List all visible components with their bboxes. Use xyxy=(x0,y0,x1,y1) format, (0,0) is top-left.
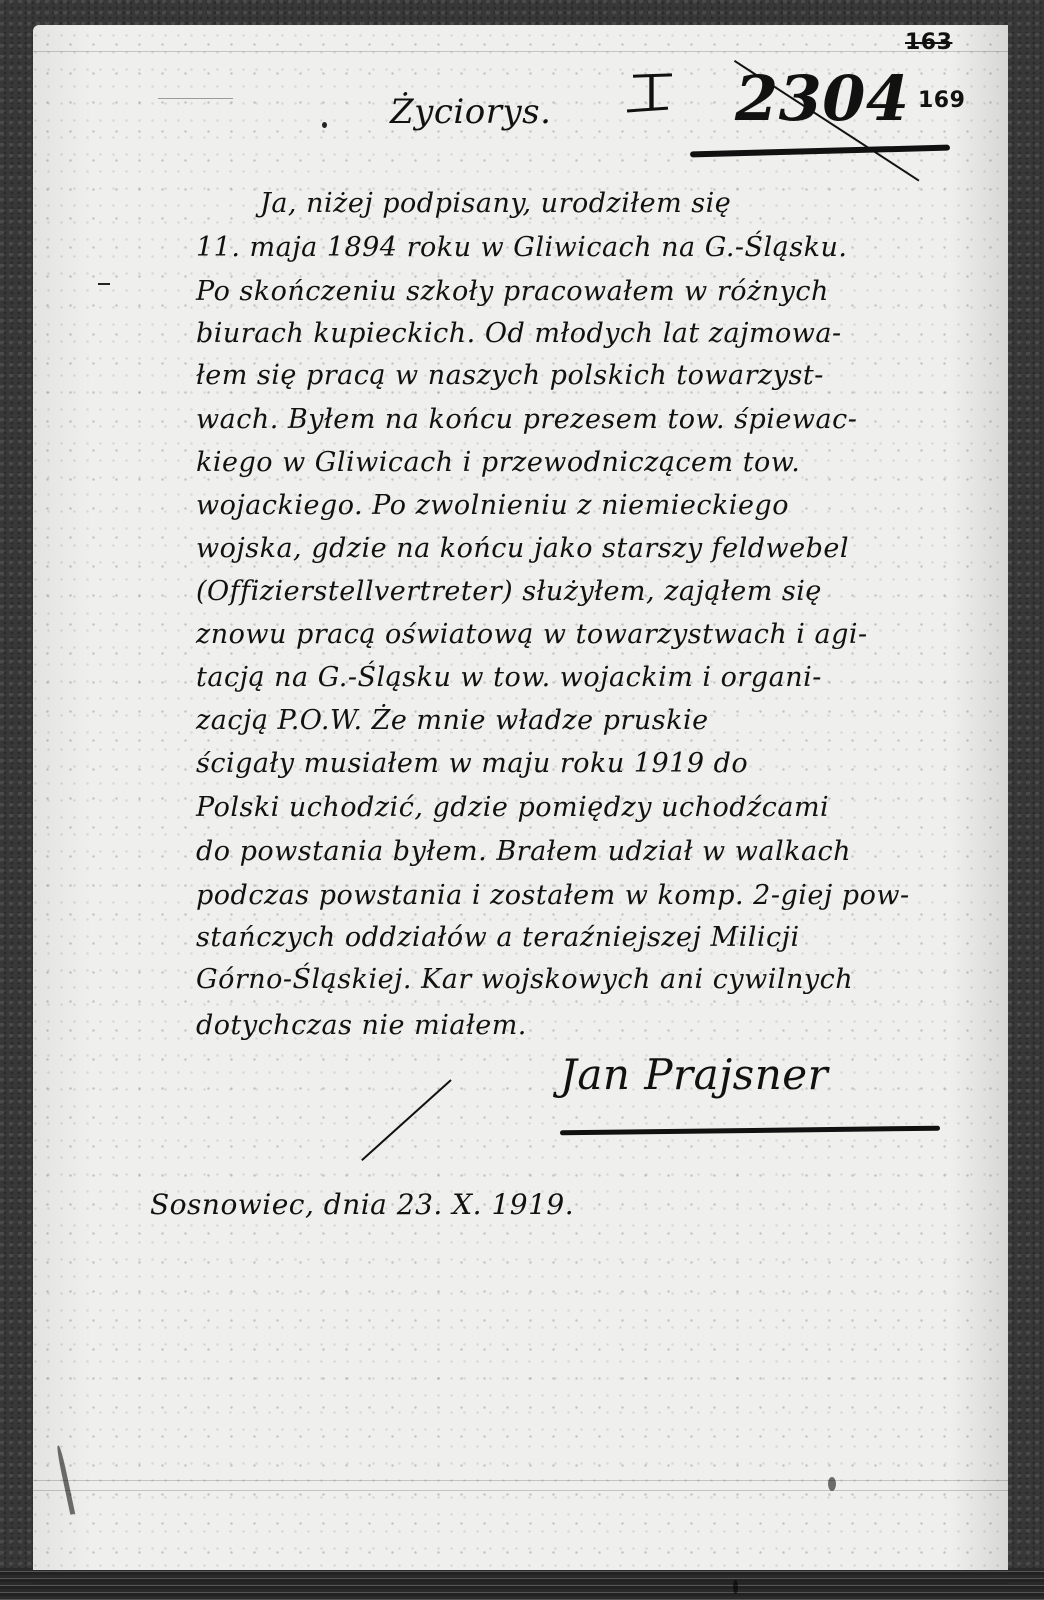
place-and-date: Sosnowiec, dnia 23. X. 1919. xyxy=(150,1188,574,1221)
body-line: zacją P.O.W. Że mnie władze pruskie xyxy=(196,705,709,736)
body-line: tacją na G.-Śląsku w tow. wojackim i org… xyxy=(196,662,822,693)
body-line: znowu pracą oświatową w towarzystwach i … xyxy=(196,619,868,650)
body-line: stańczych oddziałów a teraźniejszej Mili… xyxy=(196,922,800,953)
paper-rule xyxy=(33,51,1008,52)
body-line: wach. Byłem na końcu prezesem tow. śpiew… xyxy=(196,404,857,435)
ink-dot xyxy=(322,122,327,128)
body-line: (Offizierstellvertreter) służyłem, zajął… xyxy=(196,576,822,607)
body-line: wojackiego. Po zwolnieniu z niemieckiego xyxy=(196,490,789,521)
ink-blot xyxy=(828,1477,836,1491)
body-line: Ja, niżej podpisany, urodziłem się xyxy=(260,188,731,219)
scanner-edge-band xyxy=(0,1568,1044,1600)
document-title: Życiorys. xyxy=(390,92,551,132)
paper-rule xyxy=(33,1490,1008,1491)
paper-rule xyxy=(33,1480,1008,1481)
archive-series: I xyxy=(645,68,658,119)
margin-mark xyxy=(98,283,110,285)
body-line: biurach kupieckich. Od młodych lat zajmo… xyxy=(196,318,842,349)
signature: Jan Prajsner xyxy=(560,1050,828,1099)
paper-mark xyxy=(158,98,233,99)
body-line: łem się pracą w naszych polskich towarzy… xyxy=(196,360,824,391)
paper-rule xyxy=(33,1583,1008,1584)
body-line: Polski uchodzić, gdzie pomiędzy uchodźca… xyxy=(196,792,829,823)
body-line: 11. maja 1894 roku w Gliwicach na G.-Ślą… xyxy=(196,232,847,263)
body-line: podczas powstania i zostałem w komp. 2-g… xyxy=(196,880,910,911)
ink-blot xyxy=(733,1580,738,1594)
body-line: ścigały musiałem w maju roku 1919 do xyxy=(196,748,748,779)
body-line: do powstania byłem. Brałem udział w walk… xyxy=(196,836,851,867)
body-line: Po skończeniu szkoły pracowałem w różnyc… xyxy=(196,276,829,307)
body-line: wojska, gdzie na końcu jako starszy feld… xyxy=(196,533,849,564)
archive-number: 2304 xyxy=(735,62,910,135)
body-line: kiego w Gliwicach i przewodniczącem tow. xyxy=(196,447,800,478)
body-line: Górno-Śląskiej. Kar wojskowych ani cywil… xyxy=(196,964,853,995)
folio-number: 169 xyxy=(918,88,965,113)
folio-number-crossed: 163 xyxy=(905,30,952,55)
body-line: dotychczas nie miałem. xyxy=(196,1010,527,1041)
